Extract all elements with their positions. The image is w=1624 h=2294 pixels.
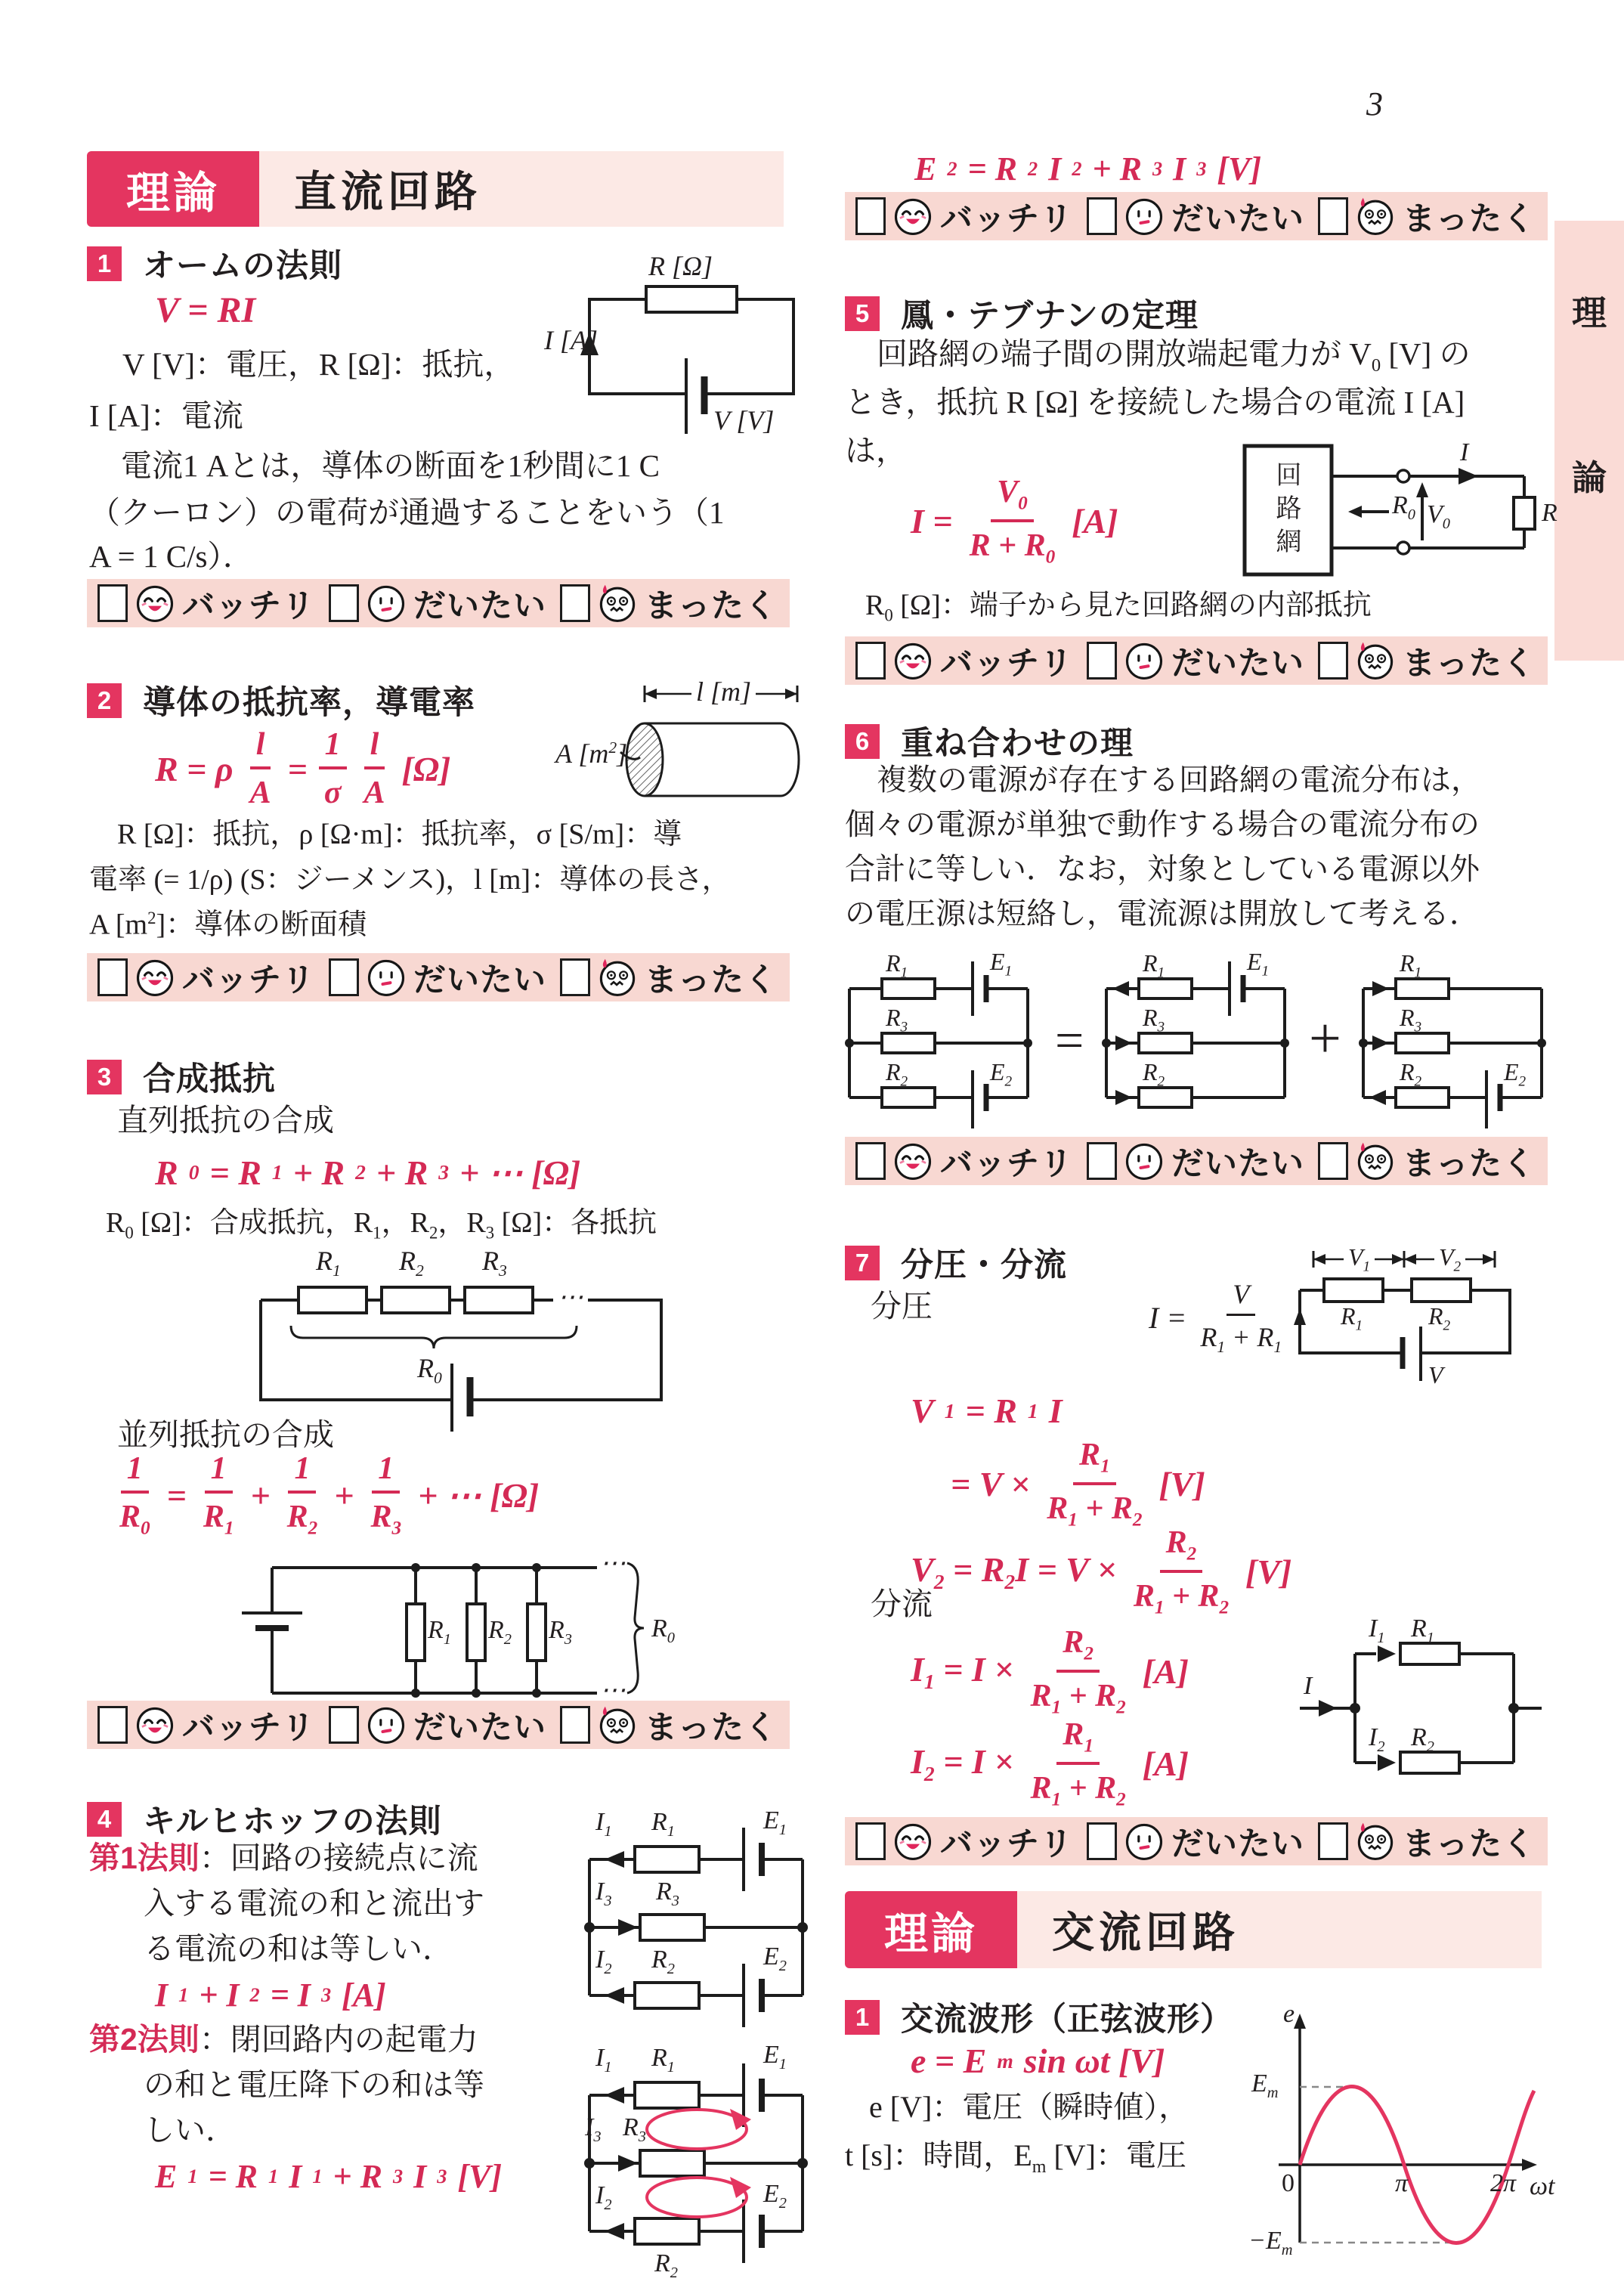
- section-title: 合成抵抗: [143, 1054, 276, 1100]
- current1-label: I1: [1369, 1616, 1385, 1645]
- neutral-face-icon: [1124, 1141, 1165, 1181]
- emf-label: E2: [763, 1944, 787, 1974]
- var-definitions: R [Ω]：抵抗，ρ [Ω·m]：抵抗率，σ [S/m]：導: [117, 819, 682, 851]
- check-group-notatall: まったく: [1318, 1819, 1536, 1865]
- var-definitions: V [V]：電圧，R [Ω]：抵抗，: [122, 348, 515, 382]
- fraction: VR1 + R1: [1194, 1279, 1288, 1358]
- formula-i1: I1 = I × R2R1 + R2 [A]: [911, 1625, 1189, 1718]
- resistor-label: R2: [886, 1060, 908, 1089]
- kirchhoff-circuit-2: I1 R1 E1 I3 R3 I2 E2 R2: [576, 2035, 816, 2284]
- check-group-perfect: バッチリ: [97, 955, 315, 1001]
- plus-sign: +: [1309, 1010, 1341, 1067]
- happy-face-icon: [135, 583, 175, 624]
- equals-sign: =: [1055, 1014, 1084, 1066]
- checkbox-mostly[interactable]: [1087, 197, 1117, 235]
- fraction: R1R1 + R2: [1041, 1438, 1148, 1531]
- section-number: 4: [87, 1802, 122, 1837]
- checkbox-notatall[interactable]: [1318, 197, 1348, 235]
- checkbox-perfect[interactable]: [855, 1822, 886, 1860]
- source-label: V: [1428, 1363, 1443, 1387]
- circuit-artwork: [576, 1806, 816, 2033]
- formula-ac-wave: e = Em sin ωt [V]: [911, 2041, 1165, 2081]
- emf-label: E2: [1504, 1060, 1526, 1089]
- law1-text: 第1法則：回路の接続点に流: [89, 1841, 478, 1876]
- self-check-row: バッチリ だいたい まったく: [87, 579, 790, 627]
- chapter-header-dc: 理論 直流回路: [87, 151, 784, 227]
- internal-resistance-label: R0: [1392, 493, 1415, 522]
- var-definitions: R0 [Ω]：合成抵抗，R1，R2，R3 [Ω]：各抵抗: [106, 1207, 657, 1243]
- checkbox-mostly[interactable]: [329, 1706, 359, 1744]
- formula-i2: I2 = I × R1R1 + R2 [A]: [911, 1717, 1189, 1810]
- ellipsis-label: ⋯: [558, 1285, 583, 1311]
- self-check-row: バッチリ だいたい まったく: [87, 1701, 790, 1749]
- resistor-label: R3: [623, 2115, 646, 2144]
- self-check-row: バッチリ だいたい まったく: [87, 953, 790, 1001]
- emf-label: E1: [763, 2042, 787, 2072]
- pi-label: π: [1395, 2171, 1408, 2196]
- resistor-label: R3: [1143, 1005, 1165, 1035]
- sine-wave-graph: e Em −Em 0 π 2π ωt: [1248, 2005, 1554, 2254]
- resistor-label: R1: [651, 1810, 675, 1839]
- resistor-label: R1: [651, 2045, 675, 2075]
- current-label: I2: [595, 1947, 612, 1977]
- happy-face-icon: [135, 957, 175, 998]
- check-group-mostly: だいたい: [1087, 1819, 1304, 1865]
- var-definitions: A [m2]：導体の断面積: [89, 909, 367, 941]
- study-guide-page: 3 理 論 理論 直流回路 1 オームの法則 V = RI V [V]：電圧，R…: [0, 0, 1624, 2294]
- formula-resistivity: R = ρ lA = 1σ lA [Ω]: [155, 727, 450, 810]
- formula-kvl: E1 = R1I1 + R3I3 [V]: [155, 2157, 502, 2196]
- checkbox-mostly[interactable]: [1087, 642, 1117, 680]
- resistor-label: R1: [886, 951, 908, 980]
- dizzy-face-icon: [597, 957, 638, 998]
- dizzy-face-icon: [1355, 1141, 1396, 1181]
- section-number: 1: [845, 2000, 880, 2035]
- side-tab-char: 論: [1572, 450, 1607, 500]
- fraction: 1R0: [113, 1451, 156, 1540]
- section-heading-ohm: 1 オームの法則: [87, 240, 342, 286]
- graph-artwork: [1248, 2005, 1554, 2254]
- checkbox-perfect[interactable]: [97, 1706, 128, 1744]
- checkbox-mostly[interactable]: [329, 584, 359, 622]
- chapter-title: 交流回路: [1017, 1891, 1542, 1968]
- law2-text: の和と電圧降下の和は等: [144, 2068, 484, 2103]
- check-group-perfect: バッチリ: [97, 580, 315, 627]
- checkbox-notatall[interactable]: [560, 584, 590, 622]
- fraction: R2R1 + R2: [1025, 1625, 1132, 1718]
- subsection-label: 並列抵抗の合成: [117, 1418, 334, 1453]
- resistor-label: R1: [1341, 1304, 1363, 1333]
- check-group-mostly: だいたい: [1087, 1138, 1304, 1184]
- check-group-mostly: だいたい: [1087, 638, 1304, 684]
- current-label: I1: [595, 2045, 612, 2075]
- axis-label-wt: ωt: [1530, 2174, 1554, 2200]
- body-text: 合計に等しい．なお，対象としている電源以外: [845, 853, 1480, 887]
- neutral-face-icon: [1124, 640, 1165, 681]
- formula-v1-expanded: = V × R1R1 + R2 [V]: [951, 1438, 1205, 1531]
- resistor-label: R1: [316, 1247, 341, 1280]
- section-heading-superposition: 6 重ね合わせの理: [845, 718, 1134, 764]
- emf-label: E2: [763, 2181, 787, 2211]
- voltage1-label: V1: [1344, 1245, 1375, 1274]
- check-group-perfect: バッチリ: [855, 1138, 1073, 1184]
- axis-label-e: e: [1283, 2001, 1295, 2027]
- resistor-label: R2: [1400, 1060, 1421, 1089]
- resistor-label: R2: [399, 1247, 424, 1280]
- emf-label: E1: [763, 1808, 787, 1837]
- self-check-row: バッチリ だいたい まったく: [845, 1817, 1548, 1865]
- check-group-notatall: まったく: [1318, 1138, 1536, 1184]
- body-text: は，: [845, 434, 907, 469]
- voltage-divider-circuit: V1 V2 R1 R2 V: [1285, 1251, 1527, 1383]
- series-circuit-diagram: R1 R2 R3 ⋯ R0: [227, 1241, 695, 1419]
- circuit-artwork: [1354, 945, 1551, 1130]
- section-heading-divider: 7 分圧・分流: [845, 1240, 1067, 1286]
- section-heading-ac-waveform: 1 交流波形（正弦波形）: [845, 1994, 1233, 2040]
- resistor-label: R1: [428, 1618, 451, 1647]
- chapter-title: 直流回路: [259, 151, 784, 227]
- check-group-notatall: まったく: [1318, 193, 1536, 240]
- chapter-badge: 理論: [87, 151, 259, 227]
- neutral-face-icon: [1124, 196, 1165, 237]
- check-group-notatall: まったく: [560, 1702, 778, 1748]
- circuit-artwork: [227, 1241, 695, 1419]
- subsection-label: 分圧: [871, 1289, 933, 1324]
- check-group-notatall: まったく: [1318, 638, 1536, 684]
- happy-face-icon: [892, 1141, 933, 1181]
- neutral-face-icon: [366, 957, 407, 998]
- section-title: 導体の抵抗率，導電率: [143, 677, 475, 723]
- current2-label: I2: [1369, 1725, 1385, 1754]
- happy-face-icon: [135, 1704, 175, 1745]
- section-heading-combined-resistance: 3 合成抵抗: [87, 1054, 276, 1100]
- parallel-circuit-diagram: R1 R2 R3 R0 ⋯ ⋯: [204, 1543, 695, 1717]
- open-voltage-label: V0: [1427, 502, 1450, 531]
- section-heading-thevenin: 5 鳳・テブナンの定理: [845, 290, 1199, 336]
- dizzy-face-icon: [1355, 196, 1396, 237]
- fraction: lA: [357, 727, 391, 810]
- body-text: （クーロン）の電荷が通過することをいう（1: [89, 496, 725, 531]
- check-group-mostly: だいたい: [329, 955, 546, 1001]
- dizzy-face-icon: [597, 583, 638, 624]
- formula-ohms-law: V = RI: [155, 289, 255, 331]
- superposition-source1-circuit: R1 E1 R3 R2: [1097, 945, 1294, 1130]
- checkbox-notatall[interactable]: [560, 1706, 590, 1744]
- checkbox-mostly[interactable]: [329, 958, 359, 996]
- neutral-face-icon: [1124, 1821, 1165, 1862]
- section-number: 1: [87, 246, 122, 281]
- section-title: 交流波形（正弦波形）: [901, 1994, 1233, 2040]
- resistor-label: R [Ω]: [648, 252, 713, 280]
- section-number: 7: [845, 1246, 880, 1280]
- current-label: I2: [595, 2183, 612, 2212]
- current-label: I [A]: [544, 327, 598, 354]
- current-divider-circuit: I I1 R1 I2 R2: [1296, 1618, 1545, 1799]
- checkbox-mostly[interactable]: [1087, 1142, 1117, 1180]
- check-group-perfect: バッチリ: [855, 193, 1073, 240]
- checkbox-notatall[interactable]: [1318, 1822, 1348, 1860]
- superposition-original-circuit: R1 E1 R3 R2 E2: [840, 945, 1037, 1130]
- body-text: 回路網の端子間の開放端起電力が V0 [V] の: [877, 337, 1471, 376]
- check-group-perfect: バッチリ: [855, 638, 1073, 684]
- length-label: l [m]: [691, 678, 756, 705]
- ohm-circuit-diagram: R [Ω] I [A] V [V]: [544, 262, 809, 439]
- current-label: I3: [595, 1879, 612, 1909]
- resistor-label: R3: [886, 1005, 908, 1035]
- checkbox-perfect[interactable]: [97, 584, 128, 622]
- dizzy-face-icon: [1355, 640, 1396, 681]
- formula-divider-current: I = VR1 + R1: [1149, 1279, 1288, 1358]
- checkbox-perfect[interactable]: [855, 642, 886, 680]
- circuit-artwork: [1285, 1251, 1527, 1383]
- resistor-label: R2: [1428, 1304, 1450, 1333]
- thevenin-circuit-diagram: 回路網 R0 V0 R I: [1233, 438, 1558, 586]
- resistor-label: R2: [651, 1947, 675, 1977]
- dizzy-face-icon: [597, 1704, 638, 1745]
- checkbox-perfect[interactable]: [855, 1142, 886, 1180]
- body-text: 複数の電源が存在する回路網の電流分布は，: [877, 763, 1481, 797]
- neutral-face-icon: [366, 1704, 407, 1745]
- body-text: の電圧源は短絡し，電流源は開放して考える．: [845, 897, 1480, 931]
- ellipsis-label: ⋯: [600, 1678, 626, 1704]
- check-group-perfect: バッチリ: [97, 1702, 315, 1748]
- formula-v2: V2 = R2I = V × R2R1 + R2 [V]: [911, 1525, 1291, 1618]
- section-number: 6: [845, 724, 880, 759]
- var-definitions: e [V]：電圧（瞬時値），: [869, 2091, 1189, 2125]
- resistor-label: R3: [482, 1247, 507, 1280]
- neutral-face-icon: [366, 583, 407, 624]
- chapter-badge: 理論: [845, 1891, 1017, 1968]
- check-group-perfect: バッチリ: [855, 1819, 1073, 1865]
- formula-parallel-resistance: 1R0 = 1R1 + 1R2 + 1R3 + ⋯ [Ω]: [113, 1451, 539, 1540]
- happy-face-icon: [892, 196, 933, 237]
- resistor-label: R2: [654, 2251, 678, 2280]
- checkbox-notatall[interactable]: [560, 958, 590, 996]
- resistor-label: R1: [1411, 1616, 1434, 1645]
- body-text: A = 1 C/s）．: [89, 540, 254, 574]
- emf-label: E1: [1247, 949, 1269, 979]
- section-title: キルヒホッフの法則: [143, 1796, 442, 1842]
- formula-kcl: I1 + I2 = I3 [A]: [155, 1976, 386, 2014]
- body-text: 個々の電源が単独で動作する場合の電流分布の: [845, 808, 1480, 842]
- section-title: 分圧・分流: [901, 1240, 1067, 1286]
- section-number: 5: [845, 296, 880, 331]
- dizzy-face-icon: [1355, 1821, 1396, 1862]
- resistor-label: R3: [1400, 1005, 1421, 1035]
- law1-text: 入する電流の和と流出す: [144, 1887, 484, 1921]
- voltage-label: V [V]: [713, 407, 774, 434]
- subsection-label: 直列抵抗の合成: [117, 1104, 334, 1138]
- side-tab-char: 理: [1572, 286, 1607, 336]
- law2-text: 第2法則：閉回路内の起電力: [89, 2023, 478, 2057]
- fraction: R2R1 + R2: [1128, 1525, 1235, 1618]
- superposition-source2-circuit: R1 R3 R2 E2: [1354, 945, 1551, 1130]
- fraction: lA: [244, 727, 277, 810]
- fraction: 1σ: [318, 727, 348, 810]
- self-check-row: バッチリ だいたい まったく: [845, 1137, 1548, 1185]
- section-heading-resistivity: 2 導体の抵抗率，導電率: [87, 677, 475, 723]
- self-check-row: バッチリ だいたい まったく: [845, 636, 1548, 685]
- two-pi-label: 2π: [1490, 2171, 1516, 2196]
- checkbox-notatall[interactable]: [1318, 1142, 1348, 1180]
- negative-peak-label: −Em: [1248, 2228, 1292, 2258]
- chapter-header-ac: 理論 交流回路: [845, 1891, 1542, 1968]
- section-heading-kirchhoff: 4 キルヒホッフの法則: [87, 1796, 442, 1842]
- total-resistance-label: R0: [651, 1616, 675, 1645]
- formula-series-resistance: R0 = R1 + R2 + R3 + ⋯ [Ω]: [155, 1152, 580, 1193]
- body-text: 電流1 Aとは，導体の断面を1秒間に1 C: [121, 449, 660, 484]
- ellipsis-label: ⋯: [600, 1551, 626, 1577]
- origin-label: 0: [1282, 2171, 1295, 2196]
- section-number: 3: [87, 1060, 122, 1094]
- formula-kvl2: E2 = R2I2 + R3I3 [V]: [914, 150, 1261, 188]
- side-tab-theory: 理 論: [1554, 221, 1624, 661]
- check-group-mostly: だいたい: [1087, 193, 1304, 240]
- emf-label: E2: [990, 1060, 1012, 1089]
- var-definitions: I [A]：電流: [89, 399, 243, 434]
- formula-v1: V1 = R1I: [911, 1391, 1063, 1431]
- network-box-label: 回路網: [1273, 461, 1298, 561]
- var-definitions: R0 [Ω]：端子から見た回路網の内部抵抗: [865, 590, 1372, 625]
- conductor-cylinder-diagram: l [m] A [m2]: [555, 683, 805, 811]
- resistor-label: R3: [549, 1618, 572, 1647]
- subsection-label: 分流: [871, 1587, 933, 1622]
- self-check-row: バッチリ だいたい まったく: [845, 192, 1548, 240]
- fraction: V0R + R0: [964, 475, 1062, 568]
- happy-face-icon: [892, 640, 933, 681]
- current-label: I1: [595, 1810, 612, 1839]
- checkbox-mostly[interactable]: [1087, 1822, 1117, 1860]
- check-group-notatall: まったく: [560, 580, 778, 627]
- checkbox-notatall[interactable]: [1318, 642, 1348, 680]
- checkbox-perfect[interactable]: [97, 958, 128, 996]
- check-group-mostly: だいたい: [329, 1702, 546, 1748]
- voltage2-label: V2: [1434, 1245, 1465, 1274]
- resistor-label: R3: [656, 1879, 679, 1909]
- formula-thevenin: I = V0R + R0 [A]: [911, 475, 1118, 568]
- emf-label: E1: [990, 949, 1012, 979]
- current-label: I: [1460, 440, 1468, 466]
- section-title: オームの法則: [143, 240, 342, 286]
- current-label: I: [1304, 1673, 1312, 1699]
- resistor-label: R2: [1411, 1725, 1434, 1754]
- check-group-mostly: だいたい: [329, 580, 546, 627]
- section-number: 2: [87, 683, 122, 718]
- total-resistance-label: R0: [417, 1354, 442, 1387]
- happy-face-icon: [892, 1821, 933, 1862]
- resistor-label: R1: [1400, 951, 1421, 980]
- area-label: A [m2]: [555, 740, 627, 767]
- section-title: 重ね合わせの理: [901, 718, 1134, 764]
- section-title: 鳳・テブナンの定理: [901, 290, 1199, 336]
- current-label: I3: [585, 2115, 602, 2144]
- resistor-label: R1: [1143, 951, 1165, 980]
- fraction: 1R2: [281, 1451, 324, 1540]
- resistor-label: R2: [1143, 1060, 1165, 1089]
- superposition-diagrams: R1 E1 R3 R2 E2 = R1 E1 R3 R2: [840, 945, 1551, 1130]
- resistor-label: R2: [488, 1618, 512, 1647]
- checkbox-perfect[interactable]: [855, 197, 886, 235]
- law1-text: る電流の和は等しい．: [144, 1932, 453, 1967]
- peak-label: Em: [1251, 2071, 1279, 2101]
- check-group-notatall: まったく: [560, 955, 778, 1001]
- law2-text: しい．: [144, 2113, 237, 2148]
- fraction: 1R3: [364, 1451, 407, 1540]
- page-number: 3: [1366, 85, 1383, 123]
- fraction: 1R1: [197, 1451, 240, 1540]
- fraction: R1R1 + R2: [1025, 1717, 1132, 1810]
- load-resistor-label: R: [1542, 500, 1557, 526]
- var-definitions: 電率 (= 1/ρ) (S：ジーメンス)，l [m]：導体の長さ，: [89, 864, 731, 896]
- kirchhoff-circuit-1: I1 R1 E1 I3 R3 I2 R2 E2: [576, 1806, 816, 2033]
- var-definitions: t [s]：時間，Em [V]：電圧: [845, 2139, 1186, 2178]
- body-text: とき，抵抗 R [Ω] を接続した場合の電流 I [A]: [845, 385, 1465, 420]
